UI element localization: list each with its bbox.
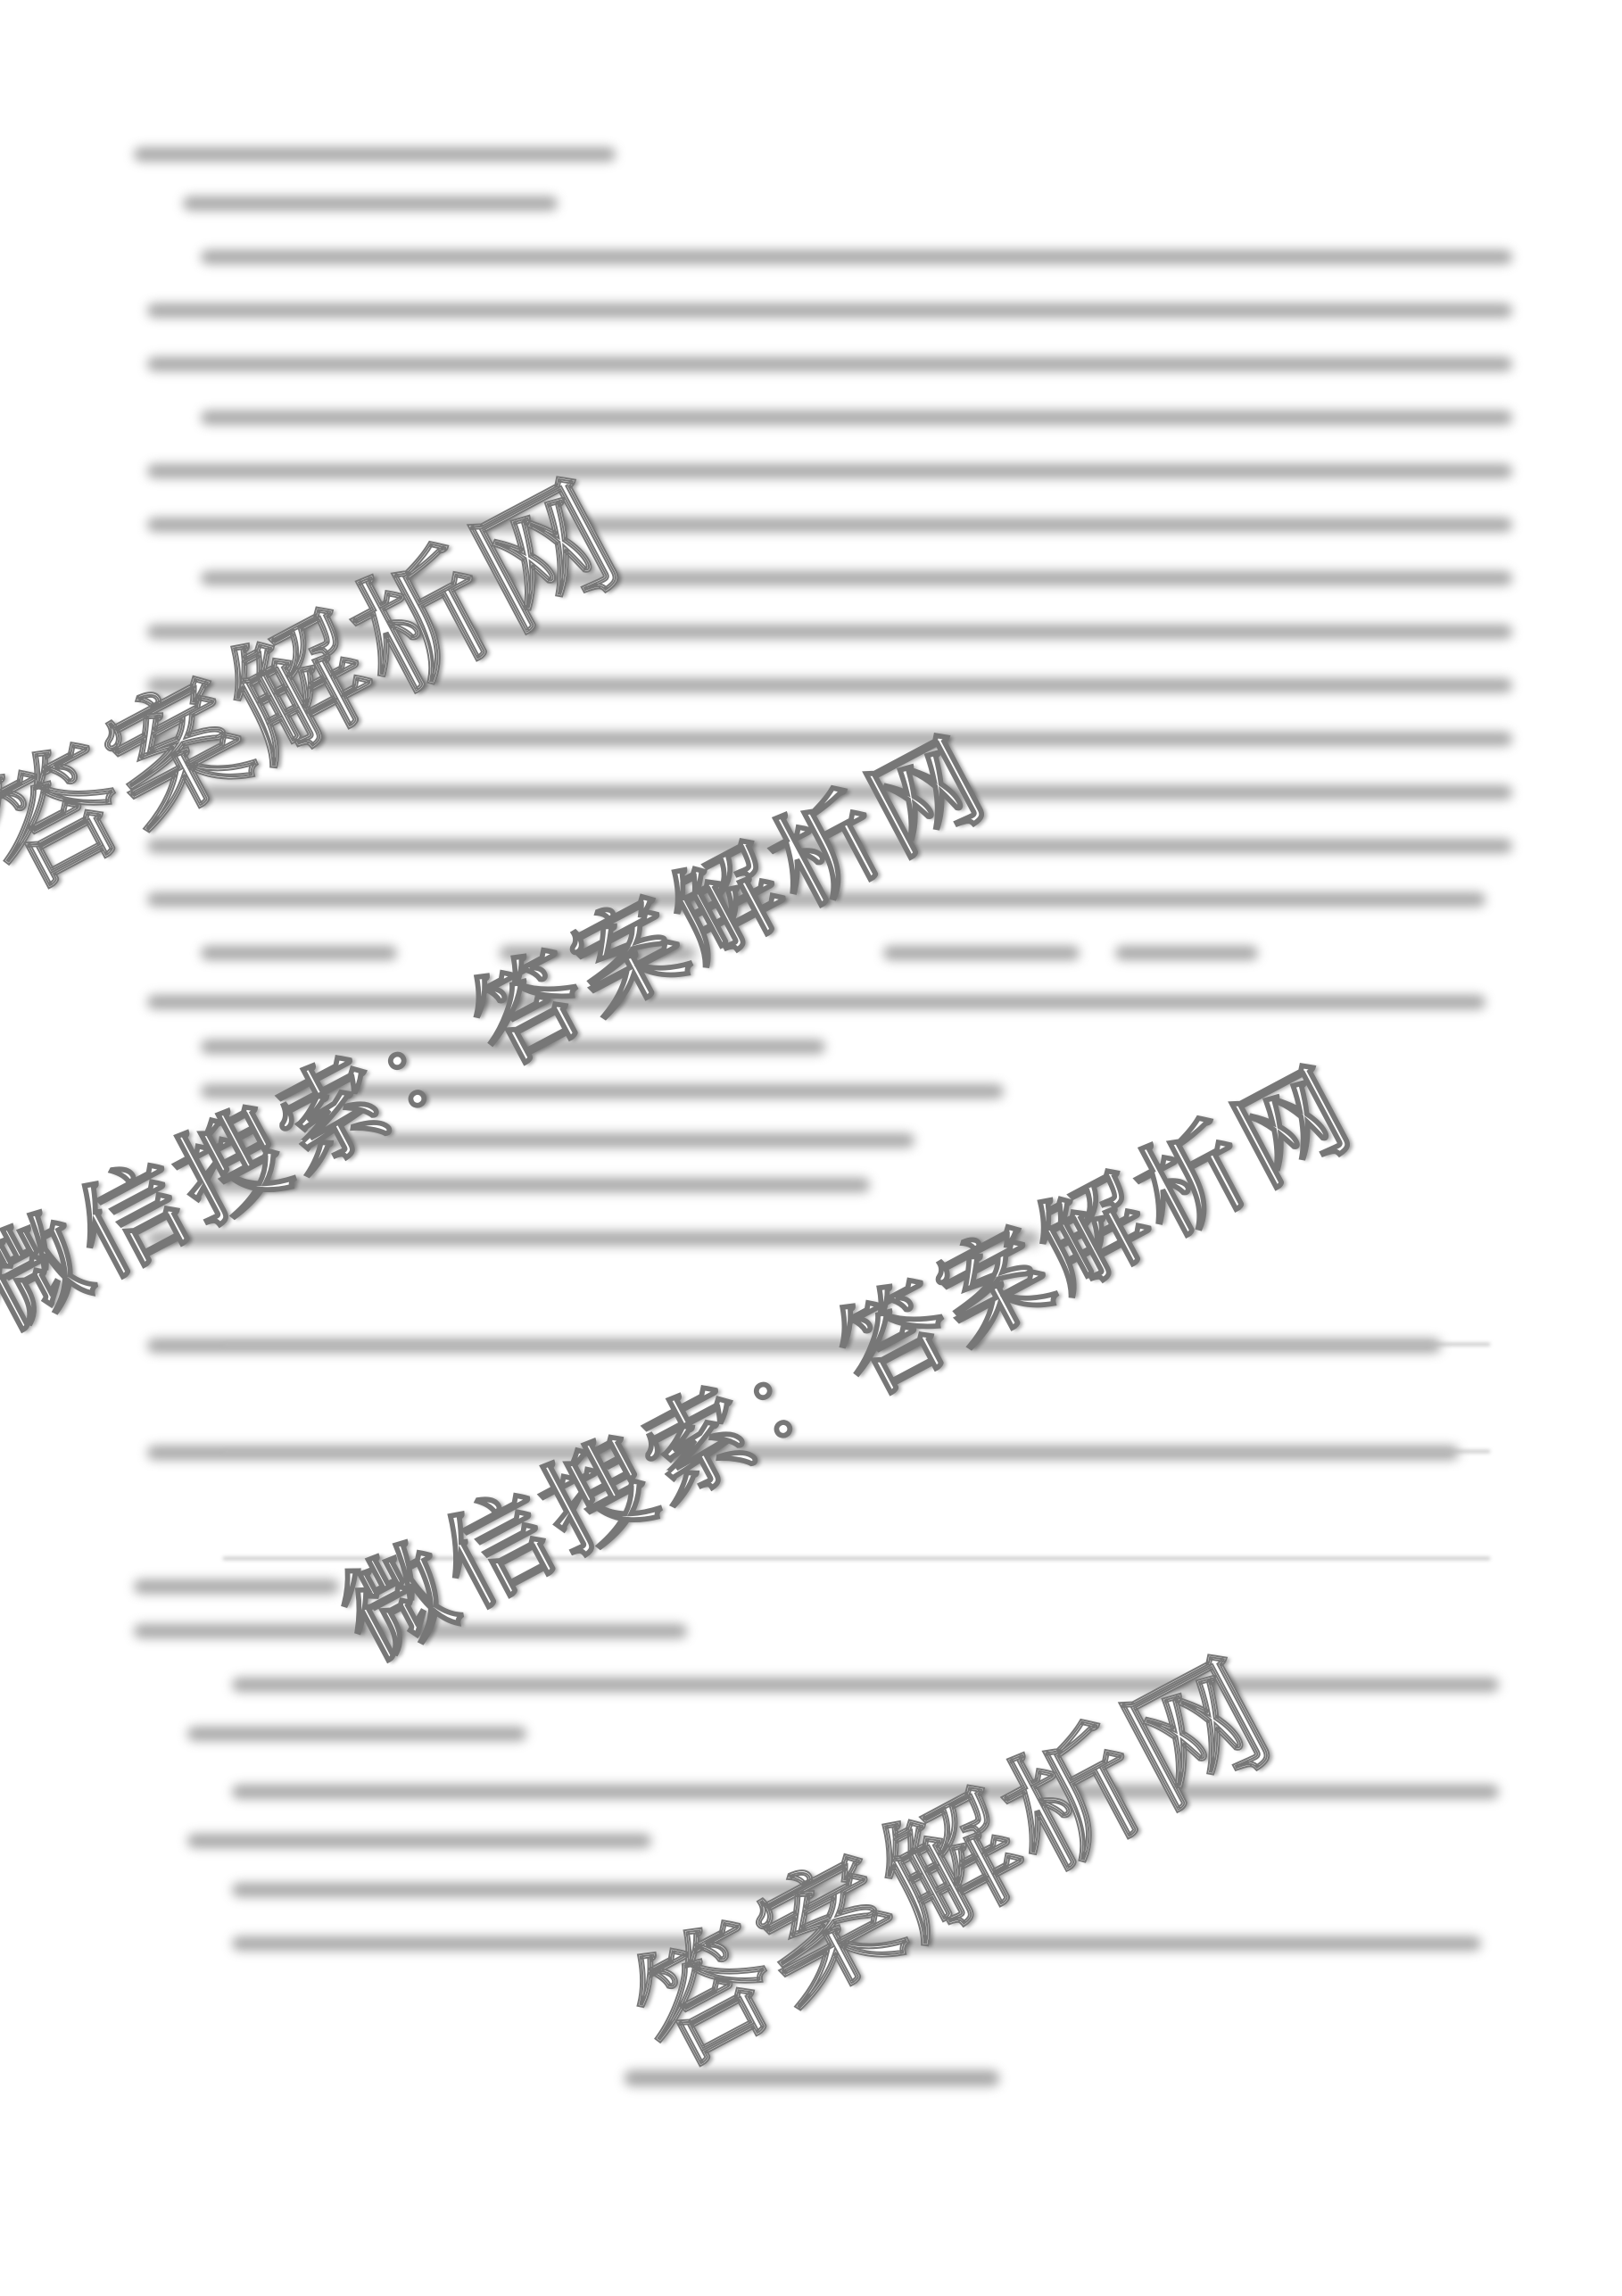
blurred-text-line — [883, 946, 1080, 960]
blurred-text-line — [1115, 946, 1258, 960]
blurred-text-line — [232, 1678, 1499, 1692]
blurred-text-line — [201, 250, 1512, 264]
blurred-text-line — [147, 357, 1512, 371]
blurred-text-line — [147, 303, 1512, 318]
blurred-text-line — [147, 995, 1485, 1009]
blurred-text-line — [187, 1834, 651, 1848]
blurred-text-line — [201, 946, 397, 960]
blurred-text-line — [187, 1727, 526, 1741]
blurred-text-line — [183, 196, 558, 211]
blurred-text-line — [134, 147, 616, 162]
blurred-text-line — [147, 518, 1512, 532]
blurred-text-line — [147, 464, 1512, 478]
answer-blank-line — [223, 1450, 1490, 1453]
blurred-text-line — [201, 410, 1512, 425]
blurred-text-line — [134, 1579, 339, 1594]
